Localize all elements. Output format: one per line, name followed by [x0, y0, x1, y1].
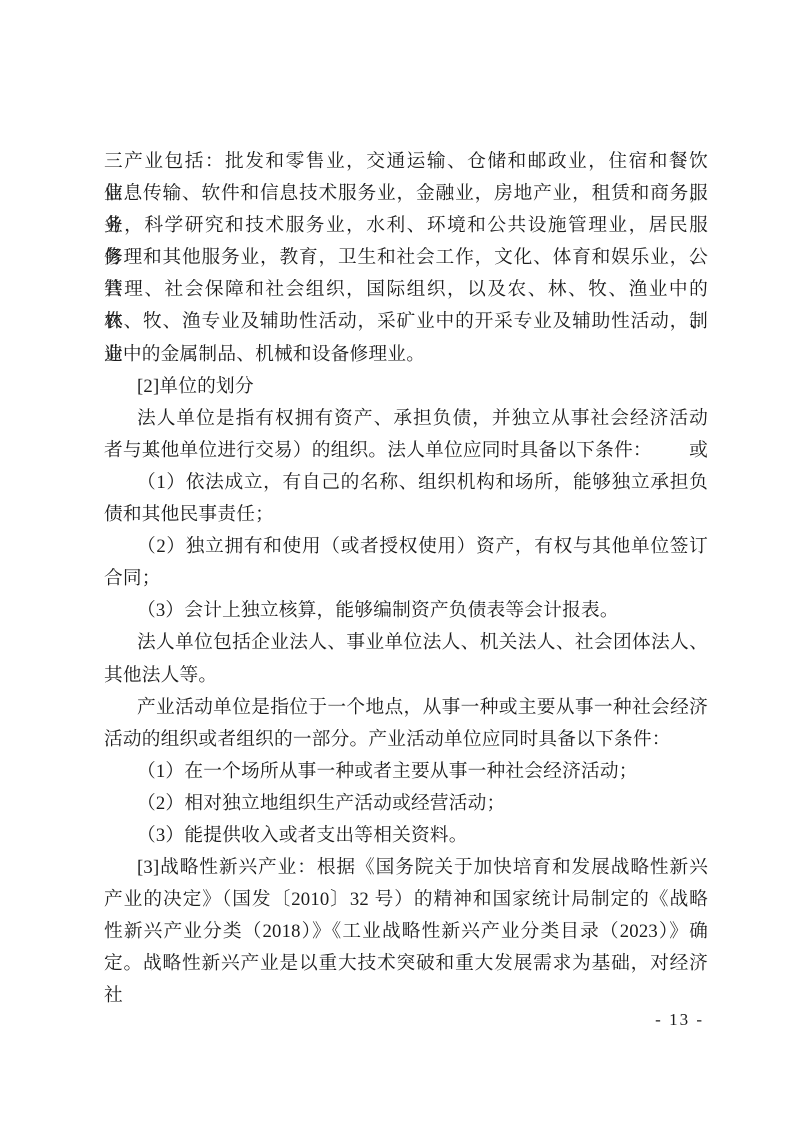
text-line: （3）会计上独立核算，能够编制资产负债表等会计报表。 — [104, 595, 708, 627]
text-line: 产业的决定》（国发〔2010〕32 号）的精神和国家统计局制定的《战略 — [104, 884, 708, 916]
text-line: （2）相对独立地组织生产活动或经营活动； — [104, 788, 708, 820]
document-text: 三产业包括：批发和零售业，交通运输、仓储和邮政业，住宿和餐饮业，信息传输、软件和… — [104, 146, 708, 980]
text-line: [2]单位的划分 — [104, 371, 708, 403]
text-line: 产业活动单位是指位于一个地点，从事一种或主要从事一种社会经济 — [104, 692, 708, 724]
text-line: 林、牧、渔专业及辅助性活动，采矿业中的开采专业及辅助性活动，制造 — [104, 306, 708, 338]
text-line: 业中的金属制品、机械和设备修理业。 — [104, 339, 708, 371]
text-line: 修理和其他服务业，教育，卫生和社会工作，文化、体育和娱乐业，公共 — [104, 242, 708, 274]
text-line: 法人单位是指有权拥有资产、承担负债，并独立从事社会经济活动（或 — [104, 403, 708, 435]
text-line: 其他法人等。 — [104, 660, 708, 692]
text-line: 信息传输、软件和信息技术服务业，金融业，房地产业，租赁和商务服务 — [104, 178, 708, 210]
page-number: - 13 - — [104, 1010, 710, 1030]
text-line: 活动的组织或者组织的一部分。产业活动单位应同时具备以下条件： — [104, 724, 708, 756]
text-line: 者与其他单位进行交易）的组织。法人单位应同时具备以下条件： — [104, 435, 708, 467]
text-line: （2）独立拥有和使用（或者授权使用）资产，有权与其他单位签订 — [104, 531, 708, 563]
text-line: [3]战略性新兴产业：根据《国务院关于加快培育和发展战略性新兴 — [104, 852, 708, 884]
text-line: 定。战略性新兴产业是以重大技术突破和重大发展需求为基础，对经济社 — [104, 948, 708, 980]
text-line: 管理、社会保障和社会组织，国际组织，以及农、林、牧、渔业中的农、 — [104, 274, 708, 306]
document-page: 三产业包括：批发和零售业，交通运输、仓储和邮政业，住宿和餐饮业，信息传输、软件和… — [0, 0, 793, 1122]
text-line: （1）依法成立，有自己的名称、组织机构和场所，能够独立承担负 — [104, 467, 708, 499]
text-line: 业，科学研究和技术服务业，水利、环境和公共设施管理业，居民服务、 — [104, 210, 708, 242]
text-line: 性新兴产业分类（2018）》《工业战略性新兴产业分类目录（2023）》确 — [104, 916, 708, 948]
text-line: 三产业包括：批发和零售业，交通运输、仓储和邮政业，住宿和餐饮业， — [104, 146, 708, 178]
text-line: 合同； — [104, 563, 708, 595]
text-line: 法人单位包括企业法人、事业单位法人、机关法人、社会团体法人、 — [104, 627, 708, 659]
text-line: （3）能提供收入或者支出等相关资料。 — [104, 820, 708, 852]
text-line: （1）在一个场所从事一种或者主要从事一种社会经济活动； — [104, 756, 708, 788]
text-line: 债和其他民事责任； — [104, 499, 708, 531]
